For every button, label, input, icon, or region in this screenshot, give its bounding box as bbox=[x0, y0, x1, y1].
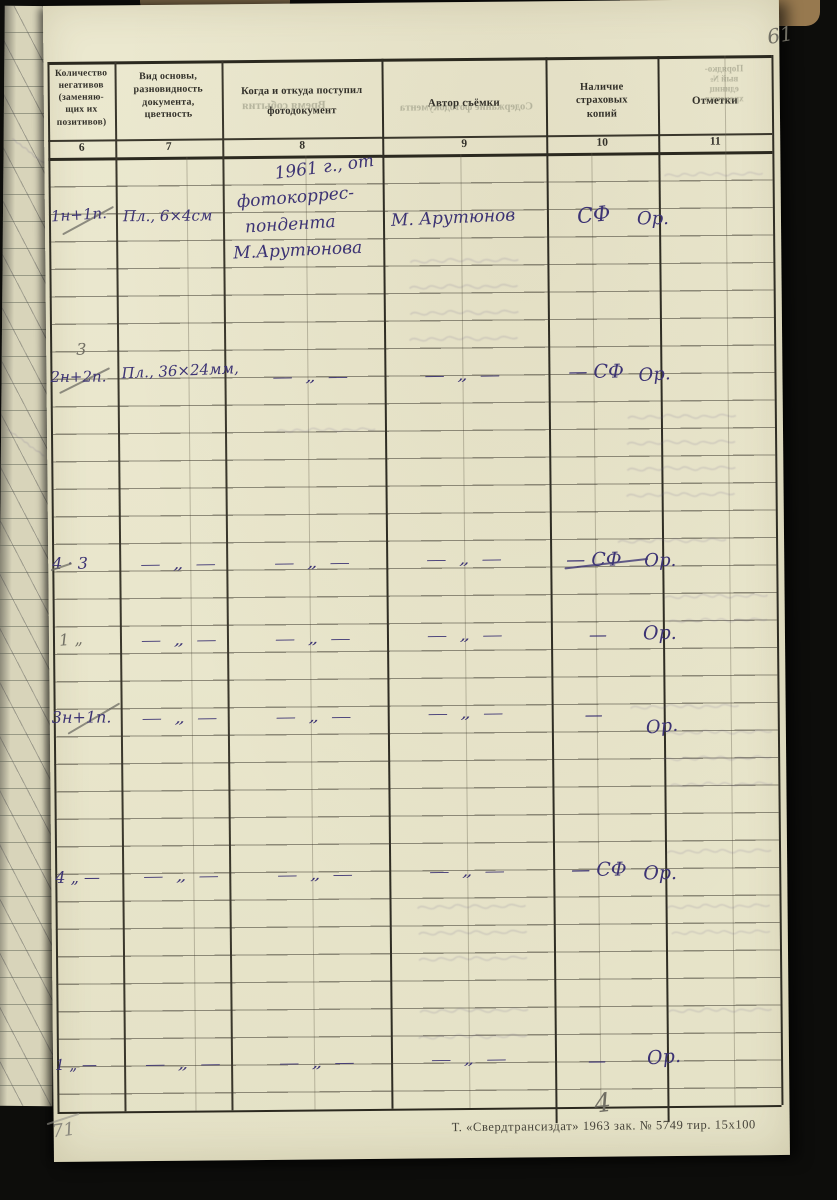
column-number-10: 10 bbox=[546, 136, 658, 149]
row4-basis: — „ — bbox=[141, 632, 220, 649]
row2-qty: 2н+2п. bbox=[50, 367, 106, 386]
row1-marks: Ор. bbox=[637, 208, 669, 229]
row4-received: — „ — bbox=[275, 631, 354, 648]
prev-page-handwriting-mark bbox=[3, 424, 48, 463]
bleed-mark bbox=[672, 925, 772, 940]
row6-basis: — „ — bbox=[143, 868, 222, 885]
row6-qty: 4 „ — bbox=[55, 868, 100, 887]
row5-copies: — bbox=[585, 705, 603, 726]
bleed-header-vremya: Время события bbox=[194, 97, 374, 114]
row7-author: — „ — bbox=[431, 1052, 510, 1069]
bleed-mark bbox=[665, 589, 770, 604]
bleed-mark bbox=[669, 613, 769, 628]
bleed-mark bbox=[404, 925, 544, 940]
bleed-mark bbox=[398, 899, 548, 914]
column-header-6: Количество негативов (заменяю- щих их по… bbox=[47, 67, 115, 128]
row7-marks: Ор. bbox=[646, 1045, 681, 1070]
row2-author: — „ — bbox=[424, 368, 503, 385]
bleed-mark bbox=[666, 725, 774, 740]
row1-copies: СФ bbox=[576, 201, 612, 228]
row7-copies: — bbox=[588, 1051, 606, 1072]
bleed-mark bbox=[603, 409, 763, 425]
bleed-mark bbox=[392, 331, 537, 346]
bleed-mark bbox=[667, 844, 773, 859]
bleed-mark bbox=[277, 423, 377, 438]
row4-copies: — bbox=[589, 625, 607, 646]
row3-marks: Ор. bbox=[644, 550, 676, 571]
bleed-header-soderzhanie: Содержание фотодокумента bbox=[374, 101, 559, 114]
row2-received: — „ — bbox=[272, 369, 351, 386]
column-number-9: 9 bbox=[382, 137, 546, 151]
column-header-7: Вид основы, разновидность документа, цве… bbox=[115, 70, 222, 122]
bleed-mark bbox=[398, 305, 533, 320]
bleed-mark bbox=[668, 899, 772, 914]
bleed-mark bbox=[588, 533, 758, 549]
bleed-mark bbox=[403, 1003, 548, 1018]
column-number-7: 7 bbox=[115, 140, 222, 153]
row6-marks: Ор. bbox=[643, 862, 677, 884]
scanned-ledger-photo: Количество негативов (заменяю- щих их по… bbox=[0, 0, 837, 1200]
bleed-mark bbox=[395, 253, 535, 268]
bleed-mark bbox=[390, 279, 540, 294]
print-imprint: Т. «Свердтрансиздат» 1963 зак. № 5749 ти… bbox=[452, 1117, 756, 1135]
bleed-mark bbox=[603, 461, 761, 477]
row7-received: — „ — bbox=[279, 1055, 358, 1072]
row1-qty: 1н+1п. bbox=[50, 204, 107, 225]
bleed-mark bbox=[670, 777, 774, 792]
row6-received: — „ — bbox=[277, 867, 356, 884]
row4-qty: 1 „ bbox=[58, 629, 83, 650]
bleed-mark bbox=[608, 487, 756, 502]
row3-basis: — „ — bbox=[140, 556, 219, 573]
column-header-10: Наличие страховых копий bbox=[546, 80, 658, 121]
row2-copies: — СФ bbox=[568, 360, 624, 383]
row6-author: — „ — bbox=[429, 864, 508, 881]
ledger-page: Количество негативов (заменяю- щих их по… bbox=[43, 0, 790, 1162]
row5-basis: — „ — bbox=[142, 710, 221, 727]
row3-received: — „ — bbox=[274, 555, 353, 572]
row7-basis: — „ — bbox=[145, 1056, 224, 1073]
row3-author: — „ — bbox=[426, 552, 505, 569]
row5-received: — „ — bbox=[276, 709, 355, 726]
bleed-mark bbox=[607, 435, 757, 450]
row5-author: — „ — bbox=[428, 706, 507, 723]
bleed-mark bbox=[606, 699, 766, 715]
bleed-header-poryadkovy: Порядко- вый № единиц хранения bbox=[681, 63, 766, 104]
bleed-mark bbox=[664, 167, 764, 182]
sheet-number: 71 bbox=[51, 1119, 77, 1143]
row1-basis: Пл., 6×4см bbox=[123, 206, 213, 225]
row6-copies: — СФ bbox=[571, 858, 627, 881]
row5-qty: 3н+1п. bbox=[52, 707, 112, 727]
bleed-mark bbox=[662, 751, 774, 766]
page-number: 61 bbox=[765, 21, 794, 49]
row4-author: — „ — bbox=[427, 628, 506, 645]
column-number-6: 6 bbox=[48, 141, 115, 154]
row7-qty: 1 „ — bbox=[55, 1056, 97, 1074]
bleed-mark bbox=[669, 1003, 774, 1018]
column-number-8: 8 bbox=[222, 139, 382, 153]
row2-pencil-note: 3 bbox=[76, 340, 86, 359]
bleed-mark bbox=[400, 951, 548, 966]
table-top-border bbox=[47, 55, 771, 64]
column-number-11: 11 bbox=[658, 135, 772, 148]
row2-marks: Ор. bbox=[638, 363, 671, 386]
pencil-total: 4 bbox=[593, 1088, 613, 1120]
bleed-mark bbox=[399, 1029, 549, 1044]
